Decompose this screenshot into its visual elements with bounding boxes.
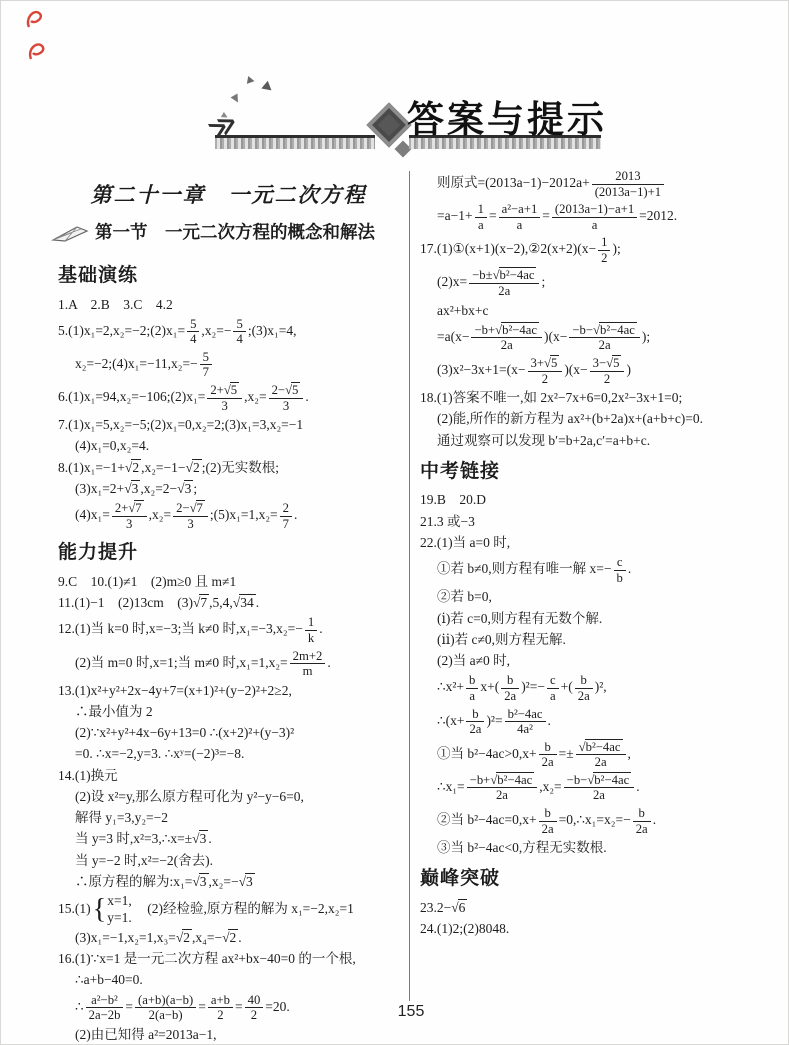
fraction: b2a: [539, 806, 557, 836]
answer-line: 解得 y₁=3,y₂=−2: [58, 808, 402, 828]
sqrt: √2: [125, 460, 141, 475]
answer-line: =a(x−−b+√b²−4ac2a)(x−−b−√b²−4ac2a);: [420, 322, 748, 354]
fraction: 54: [187, 317, 199, 347]
answer-line: 当 y=3 时,x²=3,∴x=±√3.: [58, 829, 402, 849]
sqrt: √b²−4ac: [587, 773, 631, 787]
right-column: 则原式=(2013a−1)−2012a+2013(2013a−1)+1=a−1+…: [420, 167, 748, 940]
fraction: b²−4ac4a²: [505, 707, 546, 737]
answer-line: ∴最小值为 2: [58, 702, 402, 722]
fraction: √b²−4ac2a: [576, 740, 626, 770]
sqrt: √5: [285, 383, 300, 397]
fraction: a²−b²2a−2b: [86, 993, 124, 1023]
answer-line: (4)x₁=0,x₂=4.: [58, 436, 402, 456]
fraction: b2a: [501, 673, 519, 703]
fraction: 2m+2m: [290, 649, 326, 679]
section-heading: 巅峰突破: [420, 865, 748, 894]
answer-line: (2)能,所作的新方程为 ax²+(b+2a)x+(a+b+c)=0.: [420, 409, 748, 429]
answer-line: (3)x²−3x+1=(x−3+√52)(x−3−√52): [420, 355, 748, 387]
answer-line: 11.(1)−1 (2)13cm (3)√7,5,4,√34.: [58, 593, 402, 613]
fraction: 3+√52: [528, 356, 563, 386]
fraction: (2013a−1)−a+1a: [552, 202, 637, 232]
fraction: (a+b)(a−b)2(a−b): [135, 993, 196, 1023]
answer-line: 1.A 2.B 3.C 4.2: [58, 295, 402, 315]
sqrt: √5: [224, 383, 239, 397]
left-column: 基础演练1.A 2.B 3.C 4.25.(1)x₁=2,x₂=−2;(2)x₁…: [58, 255, 402, 1045]
fraction: −b+√b²−4ac2a: [467, 773, 538, 803]
answer-line: ①当 b²−4ac>0,x+b2a=±√b²−4ac2a,: [420, 739, 748, 771]
fraction: b2a: [466, 707, 484, 737]
answer-line: ①若 b≠0,则方程有唯一解 x=−cb.: [420, 554, 748, 586]
answer-line: (2)设 x²=y,那么原方程可化为 y²−y−6=0,: [58, 787, 402, 807]
answer-line: ②若 b=0,: [420, 587, 748, 607]
answer-line: 22.(1)当 a=0 时,: [420, 533, 748, 553]
answer-line: ∴a²−b²2a−2b=(a+b)(a−b)2(a−b)=a+b2=402=20…: [58, 992, 402, 1024]
section-title: 第一节 一元二次方程的概念和解法: [95, 219, 375, 244]
answer-line: 21.3 或−3: [420, 512, 748, 532]
sqrt: √7: [190, 501, 205, 515]
banner-rule-left: [215, 135, 375, 149]
fraction: 1k: [305, 615, 317, 645]
sqrt: √5: [544, 356, 559, 370]
answer-line: ∴x²+bax+(b2a)²=−ca+(b2a)²,: [420, 672, 748, 704]
answer-line: 6.(1)x₁=94,x₂=−106;(2)x₁=2+√53,x₂=2−√53.: [58, 382, 402, 414]
answer-line: 通过观察可以发现 b′=b+2a,c′=a+b+c.: [420, 431, 748, 451]
sqrt: √3: [192, 874, 208, 889]
sqrt: √7: [193, 595, 209, 610]
pen-icon: [51, 221, 91, 243]
answer-line: 18.(1)答案不唯一,如 2x²−7x+6=0,2x²−3x+1=0;: [420, 388, 748, 408]
answer-line: 7.(1)x₁=5,x₂=−5;(2)x₁=0,x₂=2;(3)x₁=3,x₂=…: [58, 415, 402, 435]
sqrt: √5: [606, 356, 621, 370]
fraction: 3−√52: [590, 356, 625, 386]
answer-line: (3)x₁=−1,x₂=1,x₃=√2,x₄=−√2.: [58, 928, 402, 948]
page-title: 答案与提示: [407, 89, 603, 143]
sqrt: √b²−4ac: [490, 773, 534, 787]
answer-line: =a−1+1a=a²−a+1a=(2013a−1)−a+1a=2012.: [420, 201, 748, 233]
answer-line: ax²+bx+c: [420, 301, 748, 321]
fraction: 54: [233, 317, 245, 347]
section-heading: 中考链接: [420, 458, 748, 487]
sqrt: √2: [186, 460, 202, 475]
fraction: b2a: [539, 740, 557, 770]
answer-line: ∴原方程的解为:x₁=√3,x₂=−√3: [58, 872, 402, 892]
fraction: a+b2: [208, 993, 233, 1023]
answer-line: =0. ∴x=−2,y=3. ∴xʸ=(−2)³=−8.: [58, 744, 402, 764]
answer-line: (2)x=−b±√b²−4ac2a;: [420, 267, 748, 299]
fraction: 12: [598, 235, 610, 265]
sqrt: √2: [176, 930, 192, 945]
triangle-icon: [231, 94, 242, 105]
fraction: −b−√b²−4ac2a: [569, 323, 640, 353]
fraction: 2+√73: [112, 501, 147, 531]
fraction: 2+√53: [207, 383, 242, 413]
section-heading: 基础演练: [58, 262, 402, 291]
fraction: −b±√b²−4ac2a: [469, 268, 539, 298]
page-number: 155: [361, 1003, 461, 1021]
answer-line: (2)由已知得 a²=2013a−1,: [58, 1025, 402, 1045]
answer-line: ∴a+b−40=0.: [58, 970, 402, 990]
answer-line: 13.(1)x²+y²+2x−4y+7=(x+1)²+(y−2)²+2≥2,: [58, 681, 402, 701]
answer-line: 14.(1)换元: [58, 766, 402, 786]
header-banner: ≫ 答案与提示: [211, 67, 606, 159]
sqrt: √b²−4ac: [593, 323, 637, 337]
answer-line: ∴(x+b2a)²=b²−4ac4a².: [420, 706, 748, 738]
triangle-icon: [247, 76, 255, 85]
answer-line: (2)∵x²+y²+4x−6y+13=0 ∴(x+2)²+(y−3)²: [58, 723, 402, 743]
fraction: ca: [547, 673, 559, 703]
answer-line: 19.B 20.D: [420, 490, 748, 510]
sqrt: √6: [451, 900, 467, 915]
book-page: ≫ 答案与提示 第二十一章 一元二次方程 第一节 一元二次方程的概念和解法 基础…: [0, 0, 789, 1045]
answer-line: 17.(1)①(x+1)(x−2),②2(x+2)(x−12);: [420, 234, 748, 266]
answer-line: 12.(1)当 k=0 时,x=−3;当 k≠0 时,x₁=−3,x₂=−1k.: [58, 614, 402, 646]
red-pen-marks-icon: [23, 5, 57, 71]
fraction: 2−√73: [173, 501, 208, 531]
answer-line: 23.2−√6: [420, 898, 748, 918]
answer-line: (4)x₁=2+√73,x₂=2−√73;(5)x₁=1,x₂=27.: [58, 500, 402, 532]
section-heading: 能力提升: [58, 539, 402, 568]
chapter-title: 第二十一章 一元二次方程: [56, 179, 401, 209]
sqrt: √b²−4ac: [493, 268, 537, 282]
brace-system: {x=1,y=1.: [93, 893, 132, 927]
answer-line: 当 y=−2 时,x²=−2(舍去).: [58, 851, 402, 871]
answer-line: 则原式=(2013a−1)−2012a+2013(2013a−1)+1: [420, 168, 748, 200]
answer-line: x₂=−2;(4)x₁=−11,x₂=−57: [58, 349, 402, 381]
fraction: −b+√b²−4ac2a: [471, 323, 542, 353]
fraction: b2a: [633, 806, 651, 836]
answer-line: 24.(1)2;(2)8048.: [420, 919, 748, 939]
answer-line: ③当 b²−4ac<0,方程无实数根.: [420, 838, 748, 858]
answer-line: 15.(1){x=1,y=1. (2)经检验,原方程的解为 x₁=−2,x₂=1: [58, 893, 402, 927]
sqrt: √2: [222, 930, 238, 945]
fraction: a²−a+1a: [499, 202, 541, 232]
column-divider: [409, 171, 410, 1001]
answer-line: (3)x₁=2+√3,x₂=2−√3;: [58, 479, 402, 499]
section-title-row: 第一节 一元二次方程的概念和解法: [51, 219, 403, 244]
fraction: 57: [200, 350, 212, 380]
answer-line: 9.C 10.(1)≠1 (2)m≥0 且 m≠1: [58, 572, 402, 592]
sqrt: √3: [192, 831, 208, 846]
triangle-icon: [261, 81, 274, 94]
fraction: cb: [614, 555, 626, 585]
answer-line: (2)当 a≠0 时,: [420, 651, 748, 671]
fraction: 402: [245, 993, 264, 1023]
answer-line: ∴x₁=−b+√b²−4ac2a,x₂=−b−√b²−4ac2a.: [420, 772, 748, 804]
fraction: b2a: [575, 673, 593, 703]
sqrt: √34: [233, 595, 256, 610]
fraction: −b−√b²−4ac2a: [564, 773, 635, 803]
answer-line: (2)当 m=0 时,x=1;当 m≠0 时,x₁=1,x₂=2m+2m.: [58, 648, 402, 680]
sqrt: √b²−4ac: [495, 323, 539, 337]
fraction: 2−√53: [269, 383, 304, 413]
answer-line: 5.(1)x₁=2,x₂=−2;(2)x₁=54,x₂=−54;(3)x₁=4,: [58, 316, 402, 348]
fraction: 27: [280, 501, 292, 531]
sqrt: √b²−4ac: [579, 740, 623, 754]
answer-line: 16.(1)∵x=1 是一元二次方程 ax²+bx−40=0 的一个根,: [58, 949, 402, 969]
answer-line: (ⅰ)若 c=0,则方程有无数个解.: [420, 609, 748, 629]
answer-line: ②当 b²−4ac=0,x+b2a=0,∴x₁=x₂=−b2a.: [420, 805, 748, 837]
fraction: 1a: [475, 202, 487, 232]
answer-line: (ⅱ)若 c≠0,则方程无解.: [420, 630, 748, 650]
sqrt: √3: [124, 481, 140, 496]
answer-line: 8.(1)x₁=−1+√2,x₂=−1−√2;(2)无实数根;: [58, 458, 402, 478]
sqrt: √3: [177, 481, 193, 496]
fraction: 2013(2013a−1)+1: [592, 169, 664, 199]
sqrt: √7: [128, 501, 143, 515]
fraction: ba: [466, 673, 478, 703]
sqrt: √3: [239, 874, 255, 889]
